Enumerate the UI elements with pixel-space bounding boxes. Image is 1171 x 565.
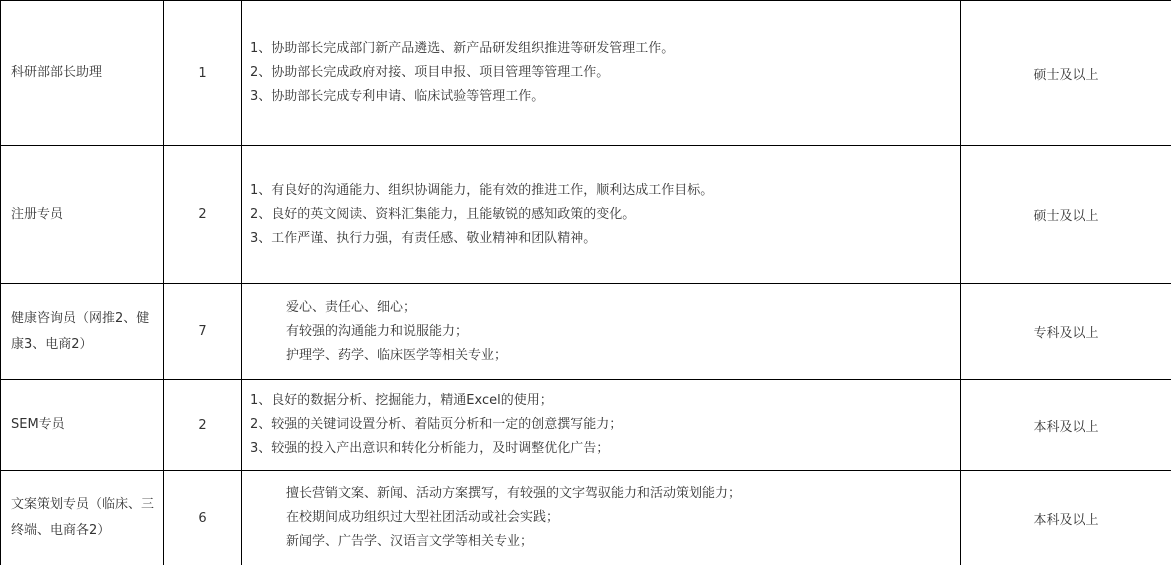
duty-line: 1、协助部长完成部门新产品遴选、新产品研发组织推进等研发管理工作。 (250, 37, 950, 61)
duties-cell: 擅长营销文案、新闻、活动方案撰写，有较强的文字驾驭能力和活动策划能力； 在校期间… (242, 471, 961, 565)
position-cell: 文案策划专员（临床、三终端、电商各2） (1, 471, 164, 565)
duties-cell: 1、有良好的沟通能力、组织协调能力，能有效的推进工作，顺利达成工作目标。 2、良… (242, 146, 961, 284)
duties-cell: 1、良好的数据分析、挖掘能力，精通Excel的使用； 2、较强的关键词设置分析、… (242, 380, 961, 471)
duty-line: 3、较强的投入产出意识和转化分析能力，及时调整优化广告； (250, 437, 950, 461)
table-row: 健康咨询员（网推2、健康3、电商2） 7 爱心、责任心、细心； 有较强的沟通能力… (1, 284, 1171, 380)
headcount-cell: 1 (164, 1, 242, 146)
education-cell: 本科及以上 (961, 380, 1171, 471)
position-cell: 注册专员 (1, 146, 164, 284)
table-row: 文案策划专员（临床、三终端、电商各2） 6 擅长营销文案、新闻、活动方案撰写，有… (1, 471, 1171, 565)
headcount-cell: 2 (164, 146, 242, 284)
table-row: 科研部部长助理 1 1、协助部长完成部门新产品遴选、新产品研发组织推进等研发管理… (1, 1, 1171, 146)
position-cell: 科研部部长助理 (1, 1, 164, 146)
duties-cell: 1、协助部长完成部门新产品遴选、新产品研发组织推进等研发管理工作。 2、协助部长… (242, 1, 961, 146)
duty-line: 3、协助部长完成专利申请、临床试验等管理工作。 (250, 85, 950, 109)
duty-line: 2、较强的关键词设置分析、着陆页分析和一定的创意撰写能力； (250, 413, 950, 437)
duty-line: 擅长营销文案、新闻、活动方案撰写，有较强的文字驾驭能力和活动策划能力； (250, 482, 950, 506)
education-cell: 专科及以上 (961, 284, 1171, 380)
headcount-cell: 7 (164, 284, 242, 380)
position-cell: 健康咨询员（网推2、健康3、电商2） (1, 284, 164, 380)
duty-line: 3、工作严谨、执行力强，有责任感、敬业精神和团队精神。 (250, 227, 950, 251)
duty-line: 2、良好的英文阅读、资料汇集能力，且能敏锐的感知政策的变化。 (250, 203, 950, 227)
education-cell: 硕士及以上 (961, 146, 1171, 284)
table-row: 注册专员 2 1、有良好的沟通能力、组织协调能力，能有效的推进工作，顺利达成工作… (1, 146, 1171, 284)
duty-line: 有较强的沟通能力和说服能力； (250, 320, 950, 344)
duty-line: 爱心、责任心、细心； (250, 296, 950, 320)
duty-line: 在校期间成功组织过大型社团活动或社会实践； (250, 506, 950, 530)
job-requirements-table-page: 科研部部长助理 1 1、协助部长完成部门新产品遴选、新产品研发组织推进等研发管理… (0, 0, 1171, 565)
duties-cell: 爱心、责任心、细心； 有较强的沟通能力和说服能力； 护理学、药学、临床医学等相关… (242, 284, 961, 380)
education-cell: 本科及以上 (961, 471, 1171, 565)
table-row: SEM专员 2 1、良好的数据分析、挖掘能力，精通Excel的使用； 2、较强的… (1, 380, 1171, 471)
duty-line: 护理学、药学、临床医学等相关专业； (250, 344, 950, 368)
education-cell: 硕士及以上 (961, 1, 1171, 146)
duty-line: 1、良好的数据分析、挖掘能力，精通Excel的使用； (250, 389, 950, 413)
job-requirements-table: 科研部部长助理 1 1、协助部长完成部门新产品遴选、新产品研发组织推进等研发管理… (0, 0, 1171, 565)
duty-line: 新闻学、广告学、汉语言文学等相关专业； (250, 530, 950, 554)
headcount-cell: 2 (164, 380, 242, 471)
duty-line: 2、协助部长完成政府对接、项目申报、项目管理等管理工作。 (250, 61, 950, 85)
duty-line: 1、有良好的沟通能力、组织协调能力，能有效的推进工作，顺利达成工作目标。 (250, 179, 950, 203)
position-cell: SEM专员 (1, 380, 164, 471)
headcount-cell: 6 (164, 471, 242, 565)
